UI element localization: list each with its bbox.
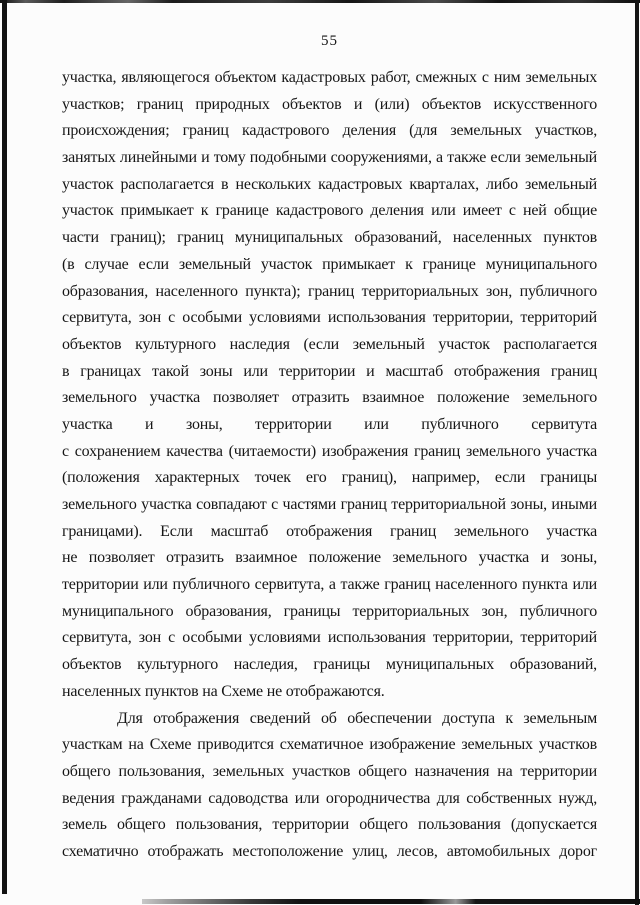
text-line: границами). Если масштаб отображения гра…: [62, 519, 597, 546]
document-page: 55 участка, являющегося объектом кадастр…: [0, 0, 640, 905]
text-line: происхождения; границ кадастрового делен…: [62, 118, 597, 145]
scan-border-left: [2, 0, 7, 894]
text-line: ведения гражданами садоводства или огоро…: [62, 786, 597, 813]
text-line: участок располагается в нескольких кадас…: [62, 172, 597, 199]
text-line: участок примыкает к границе кадастрового…: [62, 198, 597, 225]
page-body-text: участка, являющегося объектом кадастровы…: [62, 65, 597, 866]
text-line: сервитута, зон с особыми условиями испол…: [62, 625, 597, 652]
text-line: образования, населенного пункта); границ…: [62, 279, 597, 306]
text-line: сервитута, зон с особыми условиями испол…: [62, 305, 597, 332]
scan-border-top: [0, 0, 640, 3]
text-line: объектов культурного наследия, границы м…: [62, 652, 597, 679]
text-line: территории или публичного сервитута, а т…: [62, 572, 597, 599]
text-line-paragraph-start: Для отображения сведений об обеспечении …: [62, 706, 597, 733]
text-line: схематично отображать местоположение ули…: [62, 839, 597, 866]
text-line: с сохранением качества (читаемости) изоб…: [62, 439, 597, 466]
text-line: муниципального образования, границы терр…: [62, 599, 597, 626]
text-line: объектов культурного наследия (если земе…: [62, 332, 597, 359]
text-line: земельного участка позволяет отразить вз…: [62, 385, 597, 412]
text-line: участка и зоны, территории или публичног…: [62, 412, 597, 439]
text-line: общего пользования, земельных участков о…: [62, 759, 597, 786]
text-line: части границ); границ муниципальных обра…: [62, 225, 597, 252]
text-line: земель общего пользования, территории об…: [62, 812, 597, 839]
text-line: не позволяет отразить взаимное положение…: [62, 545, 597, 572]
text-line: участкам на Схеме приводится схематичное…: [62, 732, 597, 759]
scan-border-right: [635, 0, 639, 905]
scan-artifact-bottom: [142, 899, 640, 904]
text-line: земельного участка совпадают с частями г…: [62, 492, 597, 519]
text-line: участка, являющегося объектом кадастровы…: [62, 65, 597, 92]
text-line: (в случае если земельный участок примыка…: [62, 252, 597, 279]
text-line: (положения характерных точек его границ)…: [62, 465, 597, 492]
text-line: в границах такой зоны или территории и м…: [62, 359, 597, 386]
text-line-paragraph-end: населенных пунктов на Схеме не отображаю…: [62, 679, 597, 706]
text-line: занятых линейными и тому подобными соору…: [62, 145, 597, 172]
page-number: 55: [62, 33, 597, 50]
text-line: участков; границ природных объектов и (и…: [62, 92, 597, 119]
